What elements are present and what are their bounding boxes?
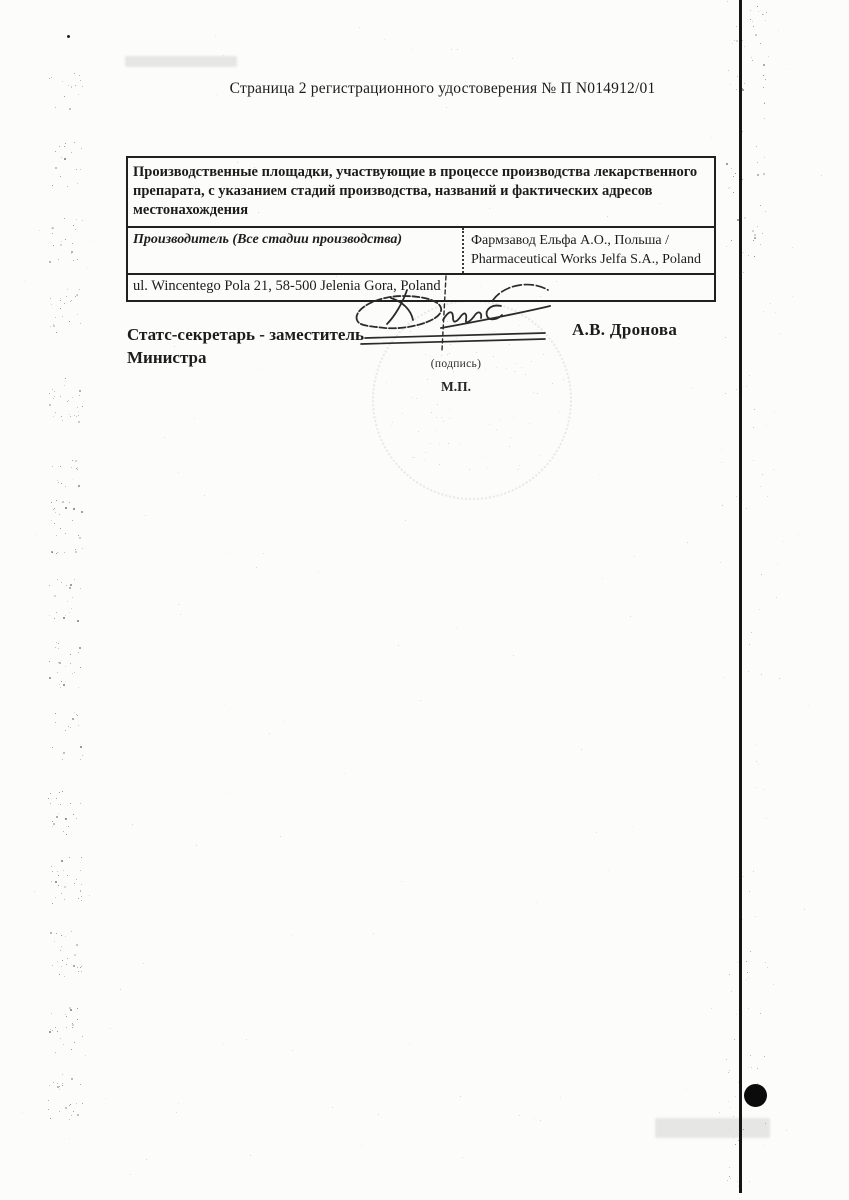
handwritten-signature-icon [345, 268, 560, 358]
punch-hole-dot [744, 1084, 767, 1107]
signature-caption: (подпись) [400, 358, 512, 370]
position-title-line2: Министра [127, 347, 364, 370]
page-title: Страница 2 регистрационного удостоверени… [0, 80, 849, 98]
producer-value-cell: Фармзавод Ельфа А.О., Польша / Pharmaceu… [462, 228, 714, 272]
position-title-line1: Статс-секретарь - заместитель [127, 324, 364, 347]
scan-smudge-top [125, 56, 237, 67]
scan-smudge-bottom [655, 1118, 770, 1138]
position-title: Статс-секретарь - заместитель Министра [127, 324, 364, 370]
signatory-name: А.В. Дронова [572, 320, 677, 340]
scan-fold-line [739, 0, 742, 1193]
ink-speck [67, 35, 70, 38]
scanned-certificate-page: Страница 2 регистрационного удостоверени… [0, 0, 849, 1200]
producer-label-cell: Производитель (Все стадии производства) [128, 228, 462, 272]
table-header-cell: Производственные площадки, участвующие в… [128, 158, 714, 228]
seal-mark: М.П. [400, 379, 512, 395]
